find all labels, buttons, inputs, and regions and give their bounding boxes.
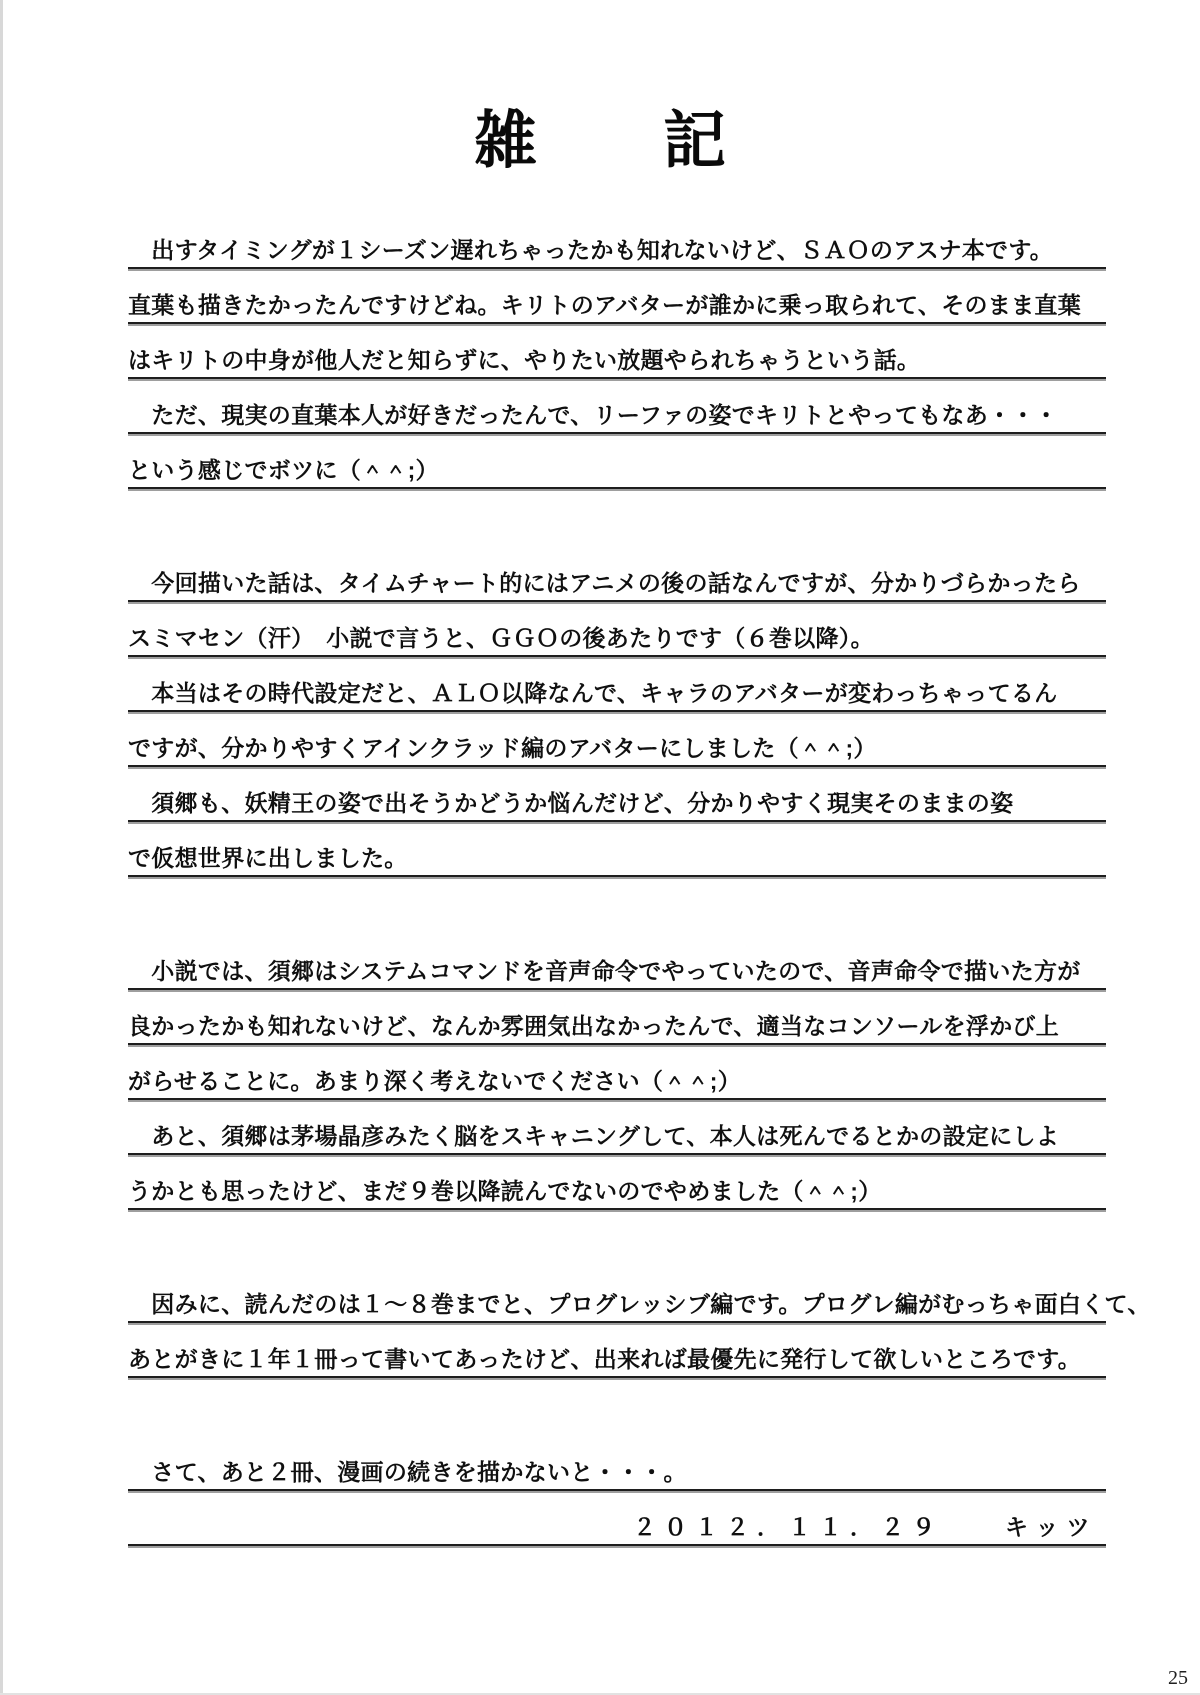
- line-text: スミマセン（汗） 小説で言うと、ＧＧＯの後あたりです（６巻以降）。: [128, 627, 874, 655]
- line-text: 須郷も、妖精王の姿で出そうかどうか悩んだけど、分かりやすく現実そのままの姿: [128, 792, 1013, 820]
- line-text: ですが、分かりやすくアインクラッド編のアバターにしました（＾＾;）: [128, 737, 877, 765]
- text-line: という感じでボツに（＾＾;）: [128, 434, 1106, 489]
- text-line: うかとも思ったけど、まだ９巻以降読んでないのでやめました（＾＾;）: [128, 1155, 1106, 1210]
- line-text: はキリトの中身が他人だと知らずに、やりたい放題やられちゃうという話。: [128, 349, 920, 377]
- text-line: 直葉も描きたかったんですけどね。キリトのアバターが誰かに乗っ取られて、そのまま直…: [128, 269, 1106, 324]
- text-line: 須郷も、妖精王の姿で出そうかどうか悩んだけど、分かりやすく現実そのままの姿: [128, 767, 1106, 822]
- text-line: 今回描いた話は、タイムチャート的にはアニメの後の話なんですが、分かりづらかったら: [128, 547, 1106, 602]
- line-text: さて、あと２冊、漫画の続きを描かないと・・・。: [128, 1461, 687, 1489]
- text-line: 出すタイミングが１シーズン遅れちゃったかも知れないけど、ＳＡＯのアスナ本です。: [128, 214, 1106, 269]
- text-line: 小説では、須郷はシステムコマンドを音声命令でやっていたので、音声命令で描いた方が: [128, 935, 1106, 990]
- line-text: 因みに、読んだのは１～８巻までと、プログレッシブ編です。プログレ編がむっちゃ面白…: [128, 1293, 1151, 1321]
- text-line: はキリトの中身が他人だと知らずに、やりたい放題やられちゃうという話。: [128, 324, 1106, 379]
- text-line: あとがきに１年１冊って書いてあったけど、出来れば最優先に発行して欲しいところです…: [128, 1323, 1106, 1378]
- line-text: 良かったかも知れないけど、なんか雰囲気出なかったんで、適当なコンソールを浮かび上: [128, 1015, 1059, 1043]
- line-text: 出すタイミングが１シーズン遅れちゃったかも知れないけど、ＳＡＯのアスナ本です。: [128, 239, 1053, 267]
- paragraph-gap: [128, 877, 1106, 935]
- text-line: で仮想世界に出しました。: [128, 822, 1106, 877]
- paragraph-gap: [128, 1378, 1106, 1436]
- paragraph-gap: [128, 489, 1106, 547]
- line-text: がらせることに。あまり深く考えないでください（＾＾;）: [128, 1070, 741, 1098]
- text-line: 良かったかも知れないけど、なんか雰囲気出なかったんで、適当なコンソールを浮かび上: [128, 990, 1106, 1045]
- date-text: ２０１２．１１．２９ キッツ: [633, 1516, 1098, 1544]
- text-line: ただ、現実の直葉本人が好きだったんで、リーファの姿でキリトとやってもなあ・・・: [128, 379, 1106, 434]
- paragraph-gap: [128, 1210, 1106, 1268]
- line-text: あと、須郷は茅場晶彦みたく脳をスキャニングして、本人は死んでるとかの設定にしよ: [128, 1125, 1059, 1153]
- text-line: ですが、分かりやすくアインクラッド編のアバターにしました（＾＾;）: [128, 712, 1106, 767]
- line-text: 本当はその時代設定だと、ＡＬＯ以降なんで、キャラのアバターが変わっちゃってるん: [128, 682, 1057, 710]
- text-line: スミマセン（汗） 小説で言うと、ＧＧＯの後あたりです（６巻以降）。: [128, 602, 1106, 657]
- text-line: 本当はその時代設定だと、ＡＬＯ以降なんで、キャラのアバターが変わっちゃってるん: [128, 657, 1106, 712]
- line-text: うかとも思ったけど、まだ９巻以降読んでないのでやめました（＾＾;）: [128, 1180, 882, 1208]
- date-line: ２０１２．１１．２９ キッツ: [128, 1491, 1106, 1546]
- line-text: ただ、現実の直葉本人が好きだったんで、リーファの姿でキリトとやってもなあ・・・: [128, 404, 1058, 432]
- line-text: で仮想世界に出しました。: [128, 847, 408, 875]
- line-text: 今回描いた話は、タイムチャート的にはアニメの後の話なんですが、分かりづらかったら: [128, 572, 1081, 600]
- text-line: がらせることに。あまり深く考えないでください（＾＾;）: [128, 1045, 1106, 1100]
- page-number: 25: [1168, 1667, 1188, 1690]
- line-text: 直葉も描きたかったんですけどね。キリトのアバターが誰かに乗っ取られて、そのまま直…: [128, 294, 1081, 322]
- line-text: という感じでボツに（＾＾;）: [128, 459, 439, 487]
- text-body: 出すタイミングが１シーズン遅れちゃったかも知れないけど、ＳＡＯのアスナ本です。直…: [128, 214, 1106, 1546]
- page-title: 雑 記: [0, 108, 1200, 174]
- document-page: 雑 記 出すタイミングが１シーズン遅れちゃったかも知れないけど、ＳＡＯのアスナ本…: [0, 0, 1200, 1695]
- line-text: あとがきに１年１冊って書いてあったけど、出来れば最優先に発行して欲しいところです…: [128, 1348, 1081, 1376]
- text-line: あと、須郷は茅場晶彦みたく脳をスキャニングして、本人は死んでるとかの設定にしよ: [128, 1100, 1106, 1155]
- text-line: さて、あと２冊、漫画の続きを描かないと・・・。: [128, 1436, 1106, 1491]
- text-line: 因みに、読んだのは１～８巻までと、プログレッシブ編です。プログレ編がむっちゃ面白…: [128, 1268, 1106, 1323]
- line-text: 小説では、須郷はシステムコマンドを音声命令でやっていたので、音声命令で描いた方が: [128, 960, 1081, 988]
